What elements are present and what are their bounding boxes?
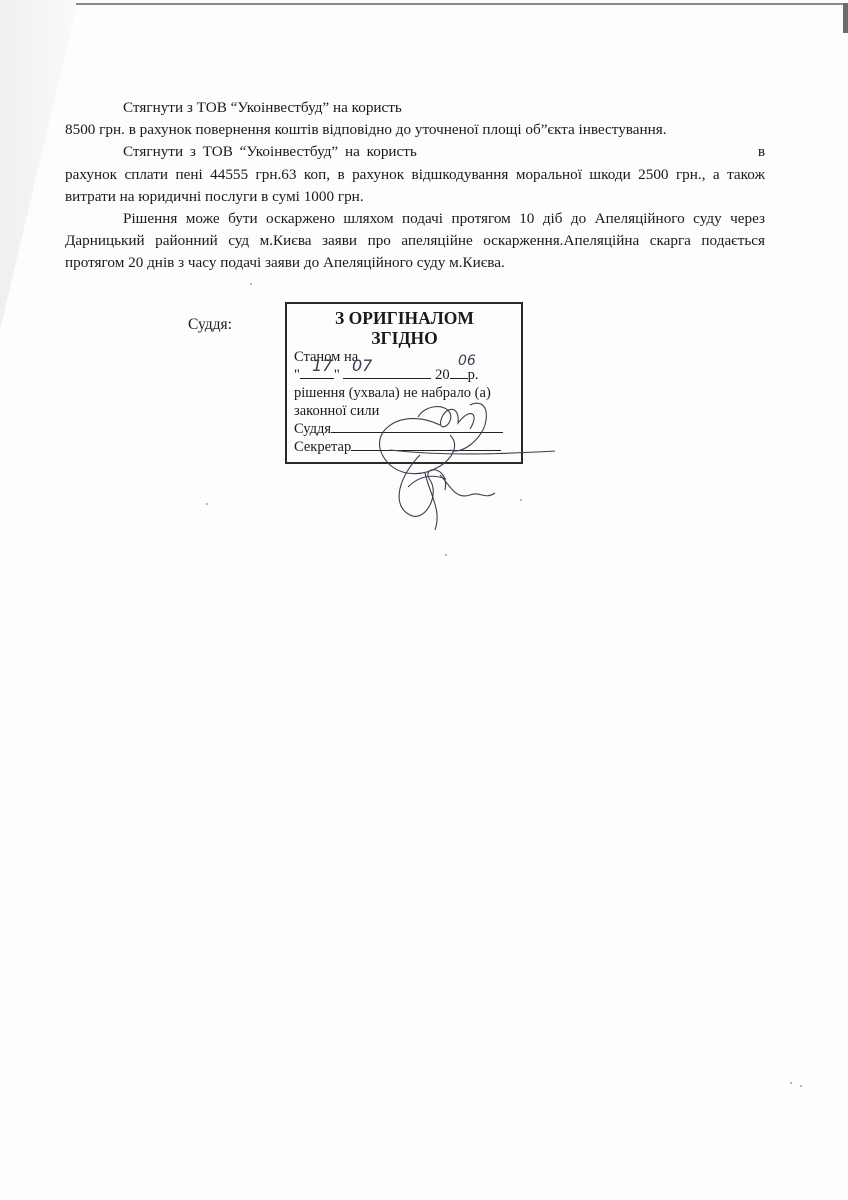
handwritten-signature — [330, 395, 560, 535]
document-body: Стягнути з ТОВ “Укоінвестбуд” на користь… — [65, 97, 765, 275]
scan-speck — [520, 499, 522, 501]
scan-edge-right — [843, 3, 848, 33]
scan-speck — [790, 1082, 792, 1084]
paragraph-3: Рішення може бути оскаржено шляхом подач… — [65, 208, 765, 275]
paragraph-1-line-1: Стягнути з ТОВ “Укоінвестбуд” на користь — [65, 97, 765, 119]
handwritten-month: 07 — [352, 357, 372, 375]
paragraph-2-start: Стягнути з ТОВ “Укоінвестбуд” на користь — [123, 143, 417, 160]
stamp-title-line-1: З ОРИГІНАЛОМ — [294, 308, 515, 328]
scan-speck — [800, 1085, 802, 1087]
faint-bleedthrough-text — [65, 535, 783, 1125]
document-page: Стягнути з ТОВ “Укоінвестбуд” на користь… — [0, 0, 848, 1200]
scan-speck — [250, 283, 252, 285]
stamp-year-prefix: 20 — [435, 367, 450, 383]
stamp-title-line-2: ЗГІДНО — [294, 328, 515, 348]
stamp-date-row: "" 20р. 17 07 06 — [294, 366, 515, 384]
scan-edge-top — [76, 3, 846, 5]
scan-speck — [206, 503, 208, 505]
paragraph-1-line-2: 8500 грн. в рахунок повернення коштів ві… — [65, 119, 765, 141]
judge-signature-label: Суддя: — [188, 316, 232, 334]
paragraph-2-first-line: Стягнути з ТОВ “Укоінвестбуд” на користь… — [65, 141, 765, 163]
handwritten-year: 06 — [458, 352, 476, 370]
stamp-judge-label: Суддя — [294, 421, 331, 437]
paragraph-2-right-word: в — [700, 141, 765, 163]
handwritten-day: 17 — [312, 357, 332, 375]
paragraph-2-rest: рахунок сплати пені 44555 грн.63 коп, в … — [65, 164, 765, 208]
scan-speck — [445, 554, 447, 556]
